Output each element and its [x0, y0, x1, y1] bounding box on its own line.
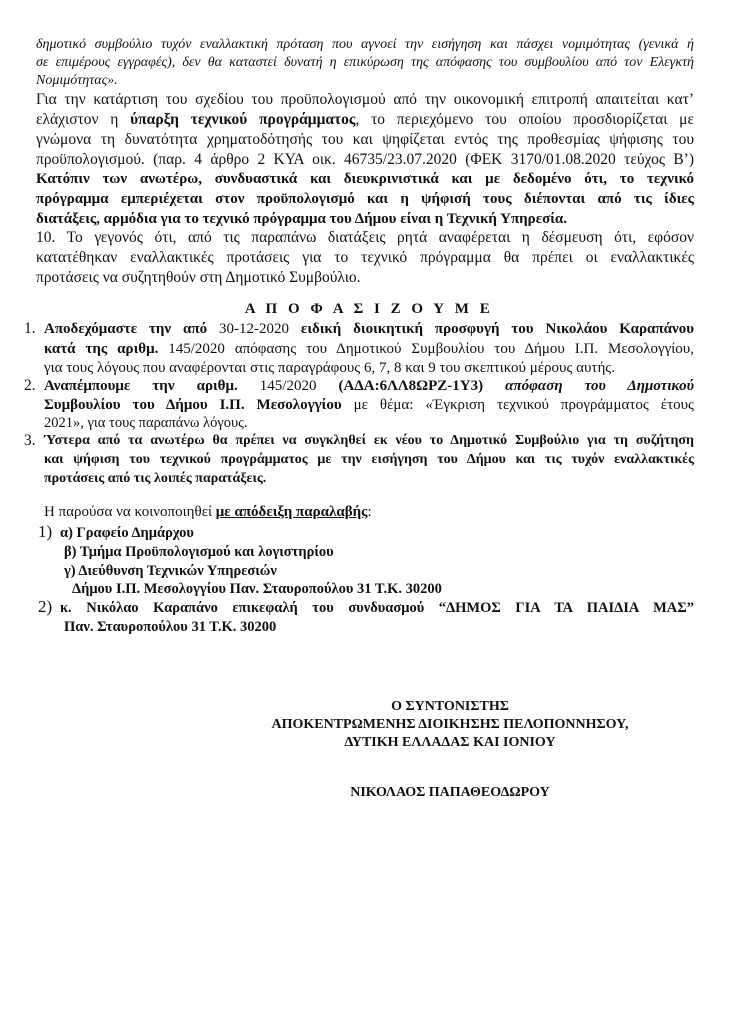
conclusion-line-3: διατάξεις, αρμόδια για το τεχνικό πρόγρα… [36, 210, 567, 228]
appeal-date: 30-12-2020 [219, 321, 289, 337]
decision-number: 1. [24, 320, 36, 338]
conclusion-line-2: πρόγραμμα εμπεριέχεται στον προϋπολογισμ… [36, 190, 694, 208]
recipient-karapanos: κ. Νικόλαο Καραπάνο επικεφαλή του συνδυα… [60, 599, 694, 617]
decision-1-line-3: για τους λόγους που αναφέρονται στις παρ… [44, 359, 615, 377]
recipient-budget-dept: β) Τμήμα Προϋπολογισμού και λογιστηρίου [64, 543, 334, 561]
signature-title-2: ΑΠΟΚΕΝΤΡΩΜΕΝΗΣ ΔΙΟΙΚΗΣΗΣ ΠΕΛΟΠΟΝΝΗΣΟΥ, [200, 716, 700, 734]
signature-title-3: ΔΥΤΙΚΗ ΕΛΛΑΔΑΣ ΚΑΙ ΙΟΝΙΟΥ [200, 734, 700, 752]
decision-heading: Α Π Ο Φ Α Σ Ι Ζ Ο Υ Μ Ε [0, 300, 738, 318]
decision-2-line-3: 2021», για τους παραπάνω λόγους. [44, 414, 248, 432]
recipient-technical-services: γ) Διεύθυνση Τεχνικών Υπηρεσιών [64, 562, 277, 580]
budget-line-4: προϋπολογισμού. (παρ. 4 άρθρο 2 ΚΥΑ οικ.… [36, 151, 694, 169]
intro-line-3: Νομιμότητας». [36, 72, 118, 90]
decision-3-line-3: προτάσεις από τις λοιπές παρατάξεις. [44, 470, 266, 488]
decision-2-line-2: Συμβουλίου του Δήμου Ι.Π. Μεσολογγίου με… [44, 396, 694, 414]
recipient-address-1: Δήμου Ι.Π. Μεσολογγίου Παν. Σταυροπούλου… [72, 580, 442, 598]
receipt-proof-emphasis: με απόδειξη παραλαβής [216, 504, 368, 520]
recipient-address-2: Παν. Σταυροπούλου 31 Τ.Κ. 30200 [64, 618, 276, 636]
intro-line-2: σε επιμέρους εγγραφές), δεν θα καταστεί … [36, 54, 694, 72]
budget-line-3: γνώμονα τη δυνατότητα χρηματοδότησής του… [36, 131, 694, 149]
decision-number: 2. [24, 377, 36, 395]
budget-line-1: Για την κατάρτιση του σχεδίου του προϋπο… [36, 91, 694, 109]
recipient-mayor-office: α) Γραφείο Δημάρχου [60, 524, 194, 542]
recipient-number: 2) [38, 598, 52, 616]
decision-3-line-2: και ψήφιση του τεχνικού προγράμματος με … [44, 451, 694, 469]
notification-intro: Η παρούσα να κοινοποιηθεί με απόδειξη πα… [44, 503, 372, 521]
signatory-name: ΝΙΚΟΛΑΟΣ ΠΑΠΑΘΕΟΔΩΡΟΥ [200, 784, 700, 802]
paragraph-10-line-3: προτάσεις να συζητηθούν στη Δημοτικό Συμ… [36, 269, 361, 287]
signature-title-1: Ο ΣΥΝΤΟΝΙΣΤΗΣ [200, 698, 700, 716]
technical-program-emphasis: ύπαρξη τεχνικού προγράμματος [130, 111, 355, 128]
paragraph-10-line-2: κατατέθηκαν εναλλακτικές προτάσεις για τ… [36, 249, 694, 267]
ada-code: (ΑΔΑ:6ΛΛ8ΩΡΖ-1Υ3) [339, 378, 484, 394]
decision-2-line-1: Αναπέμπουμε την αριθμ. 145/2020 (ΑΔΑ:6ΛΛ… [44, 377, 694, 395]
conclusion-line-1: Κατόπιν των ανωτέρω, συνδυαστικά και διε… [36, 170, 694, 188]
budget-line-2: ελάχιστον η ύπαρξη τεχνικού προγράμματος… [36, 111, 694, 129]
intro-line-1: δημοτικό συμβούλιο τυχόν εναλλακτική πρό… [36, 36, 694, 54]
document-page: δημοτικό συμβούλιο τυχόν εναλλακτική πρό… [0, 0, 738, 1024]
decision-1-line-1: Αποδεχόμαστε την από 30-12-2020 ειδική δ… [44, 320, 694, 338]
decision-1-line-2: κατά της αριθμ. 145/2020 απόφασης του Δη… [44, 340, 694, 358]
decision-3-line-1: Ύστερα από τα ανωτέρω θα πρέπει να συγκλ… [44, 432, 694, 450]
recipient-number: 1) [38, 523, 52, 541]
paragraph-number: 10. [36, 229, 55, 246]
decision-number: 3. [24, 432, 36, 450]
paragraph-10-line-1: 10. Το γεγονός ότι, από τις παραπάνω δια… [36, 229, 694, 247]
